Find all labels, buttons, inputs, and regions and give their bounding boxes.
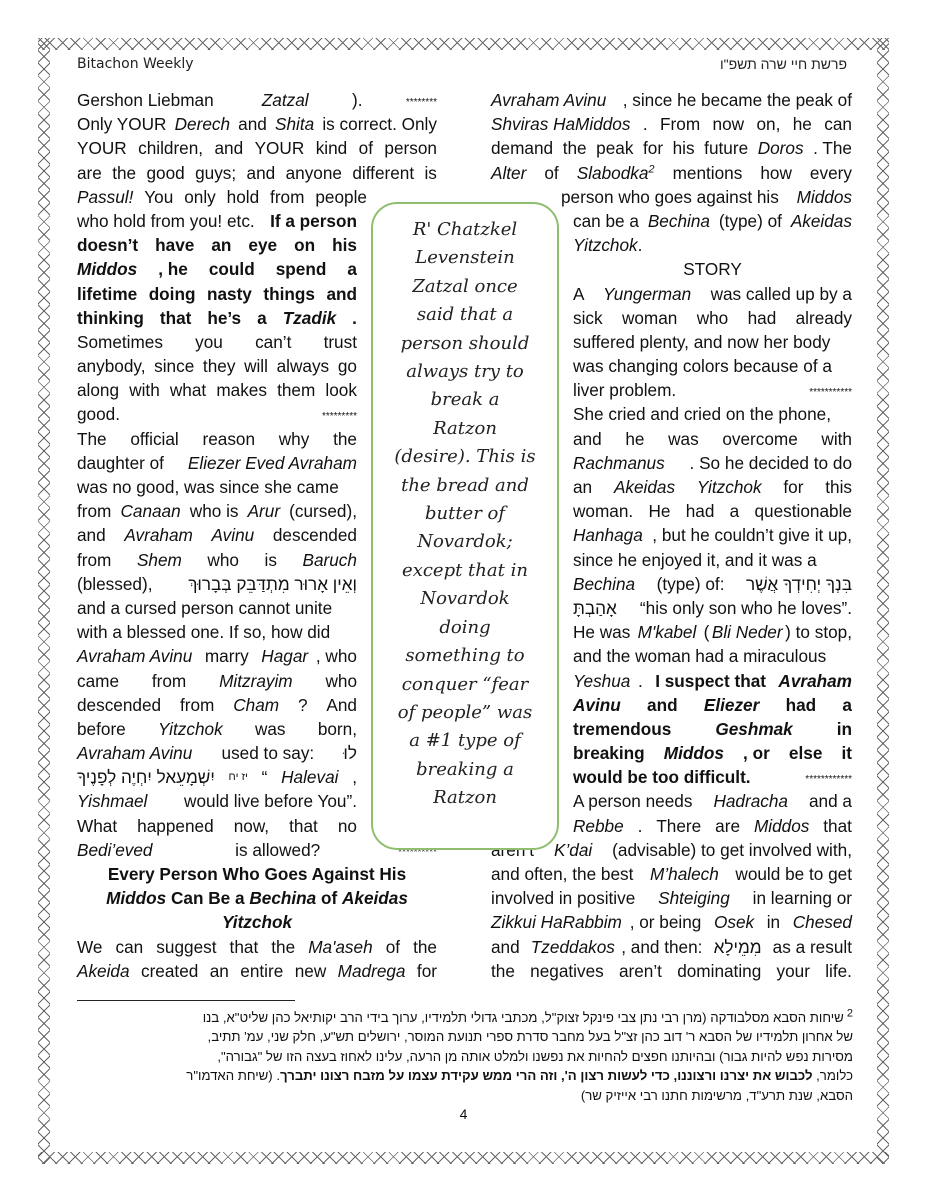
text-line: andhewasovercomewith <box>573 427 852 451</box>
footnote-line: מסירות נפש להיות גבור) ובהיותנו חפצים לה… <box>77 1047 853 1066</box>
text-run: Middos <box>77 257 137 281</box>
text-run: breaking <box>573 741 645 765</box>
text-run: from <box>77 499 116 523</box>
text-run: Geshmak <box>715 717 792 741</box>
text-run: (cursed), <box>284 499 357 523</box>
text-line: camefromMitzrayimwho <box>77 669 357 693</box>
text-line: since he enjoyed it, and it was a <box>573 548 852 572</box>
text-line: anAkeidasYitzchokforthis <box>573 475 852 499</box>
text-run: before <box>77 717 126 741</box>
text-run: created <box>141 959 198 983</box>
text-run: this <box>825 475 852 499</box>
text-run: from <box>77 548 111 572</box>
text-run: have <box>155 233 194 257</box>
text-run: in <box>837 717 852 741</box>
text-run: Derech <box>175 112 230 136</box>
text-run: that <box>823 814 852 838</box>
text-run: for <box>643 136 663 160</box>
text-line: Theofficialreasonwhythe <box>77 427 357 451</box>
page-number: 4 <box>0 1106 927 1122</box>
text-line: Zikkui HaRabbim, or being Osek in Chesed <box>491 910 852 934</box>
text-run: along <box>77 378 119 402</box>
text-run: Rachmanus <box>573 451 665 475</box>
text-run: who <box>697 306 729 330</box>
text-run: what <box>170 378 206 402</box>
callout-line: break a <box>373 386 557 414</box>
text-line: Avraham Avinu used to say: לוּ <box>77 741 357 765</box>
text-run: who is <box>185 499 243 523</box>
text-run: יז יח <box>229 765 248 789</box>
border-left <box>38 38 50 1164</box>
text-run: We <box>77 935 102 959</box>
callout-line: something to <box>373 642 557 670</box>
text-run: and <box>214 136 243 160</box>
text-run: a <box>347 257 357 281</box>
text-run: בִּנְךָ יְחִידְךָ אֲשֶׁר <box>746 572 852 596</box>
text-run: . The <box>813 136 852 160</box>
text-run: Akeidas <box>791 209 852 233</box>
text-run: was called up by a <box>706 282 852 306</box>
text-line: Rachmanus. So he decided to do <box>573 451 852 475</box>
text-line: was changing colors because of a <box>573 354 852 378</box>
text-line: arethegoodguys;andanyonedifferentis <box>77 161 437 185</box>
text-line: with a blessed one. If so, how did <box>77 620 357 644</box>
text-run: your <box>777 959 810 983</box>
text-line: thenegativesaren’tdominatingyourlife. <box>491 959 852 983</box>
text-run: only <box>184 185 216 209</box>
text-run: liver problem. <box>573 378 676 402</box>
text-run: “ <box>262 765 268 789</box>
text-run: From <box>660 112 700 136</box>
text-run: לוּ <box>343 741 357 765</box>
text-run: is <box>424 161 436 185</box>
text-run: and <box>491 935 524 959</box>
text-run: Slabodka2 <box>577 161 655 185</box>
text-run: and a <box>804 789 852 813</box>
footnote-line: של אחרון תלמידיו של הסבא ר' דוב כהן זצ"ל… <box>77 1027 853 1046</box>
text-line: woman.Hehadaquestionable <box>573 499 852 523</box>
callout-line: said that a <box>373 301 557 329</box>
text-run: are <box>715 814 740 838</box>
callout-line: person should <box>373 330 557 358</box>
text-run: and the woman had a miraculous <box>573 644 826 668</box>
text-run: now, <box>234 814 269 838</box>
text-line: Shviras HaMiddos.Fromnowon,hecan <box>491 112 852 136</box>
text-line: lifetimedoingnastythingsand <box>77 282 357 306</box>
text-line: AkeidacreatedanentirenewMadregafor <box>77 959 437 983</box>
text-line: Middos Can Be a Bechina of Akeidas <box>77 886 437 910</box>
text-run: Avinu <box>573 693 621 717</box>
callout-line: conquer “fear <box>373 671 557 699</box>
text-run: Shita <box>275 112 314 136</box>
text-run: and a cursed person cannot unite <box>77 596 332 620</box>
text-run: how <box>760 161 792 185</box>
callout-line: breaking a <box>373 756 557 784</box>
text-run: can be a <box>573 209 644 233</box>
text-run: and often, the best <box>491 862 638 886</box>
text-run: official <box>130 427 178 451</box>
text-run: of <box>316 886 342 910</box>
text-run: was <box>668 427 699 451</box>
text-line: Only YOUR Derech and Shita is correct. O… <box>77 112 437 136</box>
text-run: YOUR <box>77 136 127 160</box>
text-run: (type) of: <box>652 572 729 596</box>
text-run: Hagar <box>261 644 308 668</box>
text-run: life. <box>825 959 852 983</box>
text-run: his <box>673 136 695 160</box>
text-run: יִשְׁמָעֵאל יִחְיֶה לְפָנֶיךָ <box>77 765 215 789</box>
text-run: in <box>762 910 785 934</box>
text-run: suggest <box>156 935 216 959</box>
text-run: . <box>638 669 648 693</box>
text-run: the <box>491 959 515 983</box>
text-run: the <box>563 136 587 160</box>
text-line: YOURchildren,andYOURkindofperson <box>77 136 437 160</box>
callout-line: R' Chatzkel <box>373 216 557 244</box>
text-run: with <box>129 378 160 402</box>
text-run: a <box>730 499 740 523</box>
text-run: of <box>544 161 558 185</box>
text-line: and often, the best M’halech would be to… <box>491 862 852 886</box>
border-right <box>877 38 889 1164</box>
text-line: anybody,sincetheywillalwaysgo <box>77 354 357 378</box>
text-run: now <box>713 112 745 136</box>
text-run: no <box>338 814 357 838</box>
text-run: Middos <box>664 741 724 765</box>
text-run: , but he couldn’t give it up, <box>652 523 852 547</box>
text-run: they <box>203 354 236 378</box>
text-run: anybody, <box>77 354 145 378</box>
text-run: Avraham Avinu <box>77 741 192 765</box>
text-run: had <box>748 306 777 330</box>
text-run: demand <box>491 136 553 160</box>
text-line: Rebbe.ThereareMiddosthat <box>573 814 852 838</box>
text-run: Shteiging <box>658 886 730 910</box>
callout-line: a #1 type of <box>373 727 557 755</box>
footnote: 2 שיחות הסבא מסלבודקה (מרן רבי נתן צבי פ… <box>77 1008 853 1105</box>
text-run: Akeidas <box>614 475 675 499</box>
text-line: from Canaan who is Arur (cursed), <box>77 499 357 523</box>
text-line: thinkingthathe’saTzadik. <box>77 306 357 330</box>
text-run: Shem <box>137 548 182 572</box>
text-run: Eliezer Eved Avraham <box>188 451 357 475</box>
text-run: , or being <box>630 910 706 934</box>
text-run: an <box>573 475 592 499</box>
text-line: demandthepeakforhisfutureDoros. The <box>491 136 852 160</box>
text-run: Passul! <box>77 185 133 209</box>
text-run: Baruch <box>302 548 356 572</box>
text-run: since <box>154 354 194 378</box>
text-run: ). <box>352 88 363 112</box>
text-line: STORY <box>573 257 852 281</box>
text-run: Gershon Liebman <box>77 88 218 112</box>
text-run: a <box>842 693 852 717</box>
text-run: A person needs <box>573 789 697 813</box>
text-line: alongwithwhatmakesthemlook <box>77 378 357 402</box>
text-run: of <box>386 935 400 959</box>
text-run: (blessed), <box>77 572 152 596</box>
text-run: person <box>384 136 437 160</box>
text-line: good.********* <box>77 402 357 426</box>
footnote-reference[interactable]: 2 <box>648 163 654 175</box>
text-run: in learning or <box>748 886 852 910</box>
text-run: “his only son who he loves”. <box>635 596 852 620</box>
callout-line: (desire). This is <box>373 443 557 471</box>
text-run: who <box>207 548 239 572</box>
text-run: Madrega <box>338 959 406 983</box>
text-line: sickwomanwhohadalready <box>573 306 852 330</box>
text-run: Halevai <box>281 765 338 789</box>
text-run: . <box>643 112 648 136</box>
text-run: you <box>195 330 223 354</box>
text-run: Yitzchok <box>697 475 762 499</box>
text-run: who hold from you! etc. <box>77 209 259 233</box>
text-line: and the woman had a miraculous <box>573 644 852 668</box>
text-run: is allowed? <box>230 838 320 862</box>
text-run: his <box>332 233 357 257</box>
footnote-line: 2 שיחות הסבא מסלבודקה (מרן רבי נתן צבי פ… <box>77 1008 853 1027</box>
text-run: born, <box>318 717 357 741</box>
text-run: . So he decided to do <box>690 451 852 475</box>
text-run: Middos <box>106 886 166 910</box>
text-line: Every Person Who Goes Against His <box>77 862 437 886</box>
text-run: the <box>112 161 136 185</box>
text-run: he <box>625 427 644 451</box>
text-run: The <box>77 427 107 451</box>
text-run: it <box>842 741 853 765</box>
text-run: is <box>265 548 277 572</box>
text-run: Alter <box>491 161 526 185</box>
callout-line: except that in <box>373 557 557 585</box>
text-run: had <box>686 499 715 523</box>
text-run: things <box>263 282 315 306</box>
text-line: Avraham Avinu marry Hagar, who <box>77 644 357 668</box>
text-run: overcome <box>722 427 797 451</box>
text-run: Akeida <box>77 959 130 983</box>
text-line: He was M'kabel (Bli Neder) to stop, <box>573 620 852 644</box>
text-run: was changing colors because of a <box>573 354 832 378</box>
text-run: (advisable) to get involved with, <box>607 838 852 862</box>
footnote-text-run: הסבא, שנת תרע"ד, מרשימות חתנו רבי אייזיק… <box>581 1088 853 1103</box>
text-run: mentions <box>673 161 743 185</box>
text-run: with <box>821 427 852 451</box>
text-run: Akeidas <box>342 886 408 910</box>
text-run: entire <box>240 959 283 983</box>
text-line: Bechina (type) of: בִּנְךָ יְחִידְךָ אֲש… <box>573 572 852 596</box>
footnote-line: הסבא, שנת תרע"ד, מרשימות חתנו רבי אייזיק… <box>77 1086 853 1105</box>
pull-quote-callout: R' ChatzkelLevensteinZatzal oncesaid tha… <box>371 202 559 850</box>
text-run: He <box>648 499 670 523</box>
text-run: a <box>257 306 267 330</box>
callout-line: Novardok <box>373 585 557 613</box>
text-line: WecansuggestthattheMa'asehofthe <box>77 935 437 959</box>
text-line: and Tzeddakos, and then: מִמֵילָא as a r… <box>491 935 852 959</box>
text-run: (type) of <box>714 209 787 233</box>
text-run: sick <box>573 306 603 330</box>
text-run: and <box>233 112 271 136</box>
text-run: Zikkui HaRabbim <box>491 910 622 934</box>
text-run: , and then: <box>621 935 707 959</box>
text-run: Middos <box>754 814 809 838</box>
text-line: can be a Bechina (type) of Akeidas <box>573 209 852 233</box>
text-run: Yishmael <box>77 789 147 813</box>
text-run: Doros <box>758 136 804 160</box>
text-line: Middos, hecouldspenda <box>77 257 357 281</box>
text-line: Passul!Youonlyholdfrompeople <box>77 185 367 209</box>
callout-line: Ratzon <box>373 784 557 812</box>
text-line: Whathappenednow,thatno <box>77 814 357 838</box>
text-line: breakingMiddos, orelseit <box>573 741 852 765</box>
text-run: Avraham <box>124 523 192 547</box>
text-run: and <box>647 693 678 717</box>
text-line: Yishmael would live before You”. <box>77 789 357 813</box>
parsha-title: פרשת חיי שרה תשפ"ו <box>720 56 847 72</box>
text-line: A Yungerman was called up by a <box>573 282 852 306</box>
text-run: from <box>180 693 214 717</box>
border-top <box>38 38 889 50</box>
text-run: Bechina <box>648 209 710 233</box>
text-line: fromShemwhoisBaruch <box>77 548 357 572</box>
text-run: had <box>786 693 817 717</box>
text-run: She cried and cried on the phone, <box>573 402 831 426</box>
text-run: What <box>77 814 117 838</box>
text-run: Yitzchok <box>222 910 292 934</box>
footnote-number: 2 <box>844 1008 853 1020</box>
text-line: was no good, was since she came <box>77 475 357 499</box>
text-run: people <box>315 185 367 209</box>
text-run: thinking <box>77 306 144 330</box>
text-run: Yitzchok <box>158 717 223 741</box>
text-run: אָהַבְתָּ <box>573 596 617 620</box>
text-run: already <box>796 306 852 330</box>
text-run: tremendous <box>573 717 671 741</box>
text-run: an <box>211 233 231 257</box>
text-run: I suspect that <box>655 669 771 693</box>
text-run: guys; <box>195 161 236 185</box>
text-run: on, <box>756 112 780 136</box>
text-run: dominating <box>677 959 761 983</box>
text-run: new <box>295 959 327 983</box>
text-line: daughter of Eliezer Eved Avraham <box>77 451 357 475</box>
text-run: spend <box>276 257 327 281</box>
text-run: he’s <box>207 306 241 330</box>
text-run: Yitzchok <box>573 233 638 257</box>
text-run: . <box>638 814 643 838</box>
text-run: them <box>277 378 315 402</box>
text-run: ( <box>699 620 710 644</box>
text-run: could <box>209 257 255 281</box>
text-run: וְאֵין אָרוּר מִתְדַּבֵּק בְּבָרוּךְ <box>188 572 357 596</box>
text-run: children, <box>138 136 203 160</box>
text-run: And <box>326 693 357 717</box>
text-run: the <box>333 427 357 451</box>
text-run: as a result <box>768 935 852 959</box>
text-run: Bli Neder <box>712 620 783 644</box>
text-run: Middos <box>797 185 852 209</box>
text-run: YOUR <box>255 136 305 160</box>
text-line: Hanhaga, but he couldn’t give it up, <box>573 523 852 547</box>
text-run: doing <box>149 282 196 306</box>
text-run: on <box>294 233 315 257</box>
text-line: Sometimesyoucan’ttrust <box>77 330 357 354</box>
text-run: Avinu <box>212 523 255 547</box>
text-run: would be too difficult. <box>573 765 751 789</box>
text-run: Bedi’eved <box>77 838 153 862</box>
text-run: used to say: <box>217 741 319 765</box>
text-run: Canaan <box>120 499 180 523</box>
text-line: AlterofSlabodka2mentionshowevery <box>491 161 852 185</box>
text-run: Avraham Avinu <box>491 88 606 112</box>
text-run: makes <box>216 378 267 402</box>
text-run: There <box>656 814 701 838</box>
text-line: involved in positive Shteiging in learni… <box>491 886 852 910</box>
text-run: Shviras HaMiddos <box>491 112 630 136</box>
text-line: doesn’thaveaneyeonhis <box>77 233 357 257</box>
text-run: descended <box>273 523 357 547</box>
text-run: go <box>338 354 357 378</box>
text-line: andAvrahamAvinudescended <box>77 523 357 547</box>
text-run: that <box>230 935 259 959</box>
text-run: . <box>638 233 643 257</box>
text-run: Bechina <box>249 886 316 910</box>
footnote-separator <box>77 1000 295 1001</box>
text-line: Yeshua. I suspect that Avraham <box>573 669 852 693</box>
border-bottom <box>38 1152 889 1164</box>
text-run: can <box>824 112 852 136</box>
text-run: Rebbe <box>573 814 624 838</box>
text-line: Yitzchok <box>77 910 437 934</box>
text-run: aren’t <box>619 959 662 983</box>
text-run: Osek <box>714 910 754 934</box>
footnote-text-run: מסירות נפש להיות גבור) ובהיותנו חפצים לה… <box>217 1049 853 1064</box>
text-run: M’halech <box>650 862 719 886</box>
text-run: , since he became the peak of <box>623 88 852 112</box>
text-line: She cried and cried on the phone, <box>573 402 852 426</box>
text-run: from <box>270 185 304 209</box>
text-line: Avraham Avinu, since he became the peak … <box>491 88 852 112</box>
text-run: of <box>359 136 373 160</box>
text-line: AvinuandEliezerhada <box>573 693 852 717</box>
text-run: , who <box>316 644 357 668</box>
text-run: for <box>783 475 803 499</box>
text-run: peak <box>596 136 633 160</box>
text-run: suffered plenty, and now her body <box>573 330 830 354</box>
text-run: trust <box>324 330 357 354</box>
text-run: came <box>77 669 119 693</box>
text-run: and <box>573 427 602 451</box>
callout-line: the bread and <box>373 472 557 500</box>
text-run: Sometimes <box>77 330 163 354</box>
text-run: woman <box>622 306 677 330</box>
footnote-text-run: שיחות הסבא מסלבודקה (מרן רבי נתן צבי פינ… <box>203 1010 844 1025</box>
text-run: You <box>144 185 173 209</box>
text-run: was no good, was since she came <box>77 475 339 499</box>
text-line: would be too difficult.************ <box>573 765 852 789</box>
callout-line: doing <box>373 614 557 642</box>
text-run: anyone <box>286 161 342 185</box>
text-run: from <box>152 669 186 693</box>
text-run: negatives <box>530 959 604 983</box>
callout-line: always try to <box>373 358 557 386</box>
text-run: ? <box>298 693 308 717</box>
footnote-text-run: . (שיחת האדמו"ר <box>186 1068 280 1083</box>
text-run: is correct. Only <box>318 112 437 136</box>
footnote-text-run: לכבוש את יצרנו ורצוננו, כדי לעשות רצון ה… <box>280 1068 812 1083</box>
text-run: and <box>77 523 106 547</box>
text-run: Every Person Who Goes Against His <box>108 862 406 886</box>
text-line: descendedfromCham?And <box>77 693 357 717</box>
text-run: happened <box>137 814 213 838</box>
